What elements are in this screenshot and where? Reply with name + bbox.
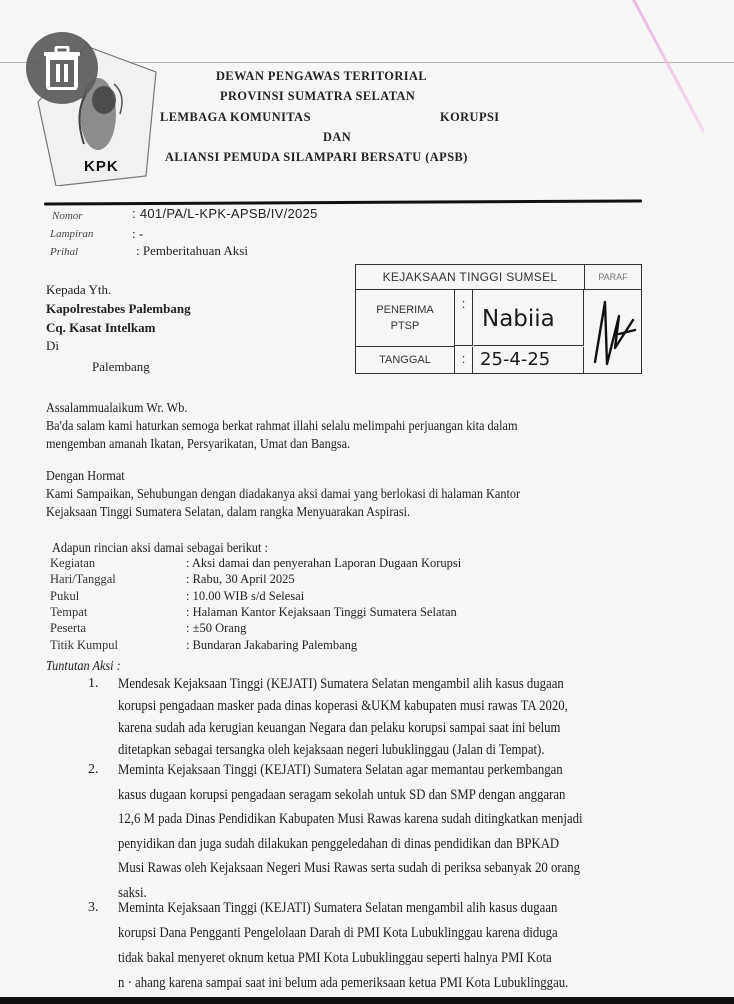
recipient-di: Di [46,338,59,354]
demand-line: kasus dugaan korupsi pengadaan seragam s… [118,787,565,804]
demand-line: Mendesak Kejaksaan Tinggi (KEJATI) Sumat… [118,676,564,693]
demand-line: korupsi pengadaan masker pada dinas kope… [118,698,568,715]
recipient-city: Palembang [92,359,150,375]
detail-value: : Rabu, 30 April 2025 [186,572,295,587]
perihal-value: : Pemberitahuan Aksi [136,243,248,259]
signature-mark [585,290,641,373]
detail-label: Hari/Tanggal [50,572,116,587]
demand-line: Musi Rawas oleh Kejaksaan Negeri Musi Ra… [118,860,580,877]
demand-line: karena sudah ada kerugian keuangan Negar… [118,720,560,737]
stamp-colon: : [455,290,473,346]
detail-value: : 10.00 WIB s/d Selesai [186,589,304,604]
stamp-penerima-value: Nabiia [474,290,584,346]
stamp-penerima-label: PENERIMA PTSP [356,290,455,347]
recipient-cq: Cq. Kasat Intelkam [46,320,155,336]
recipient-name: Kapolrestabes Palembang [46,301,191,317]
nomor-value: : 401/PA/L-KPK-APSB/IV/2025 [132,206,318,221]
details-heading: Adapun rincian aksi damai sebagai beriku… [52,538,268,558]
demand-line: penyidikan dan juga sudah dilakukan peng… [118,836,559,853]
detail-label: Peserta [50,621,86,636]
trash-icon [42,46,82,90]
letterhead-line-2: PROVINSI SUMATRA SELATAN [220,88,415,104]
lampiran-label: Lampiran [50,228,93,240]
letterhead-line-3-left: LEMBAGA KOMUNITAS [160,109,311,125]
opening-line-1: Ba'da salam kami haturkan semoga berkat … [46,416,518,436]
detail-label: Tempat [50,605,87,620]
stamp-penerima-label-1: PENERIMA [356,302,454,318]
stamp-title: KEJAKSAAN TINGGI SUMSEL [356,265,585,290]
logo-text: KPK [84,158,119,175]
perihal-label: Prihal [50,246,78,258]
stamp-paraf-label: PARAF [585,265,641,290]
lampiran-value: : - [132,226,143,242]
stamp-penerima-label-2: PTSP [356,318,454,334]
demand-line: saksi. [118,885,147,902]
stamp-tanggal-label: TANGGAL [356,347,455,373]
paper-edge-mark [632,0,705,132]
detail-value: : Bundaran Jakabaring Palembang [186,638,357,653]
delete-button[interactable] [26,32,98,104]
demand-line: n · ahang karena sampai saat ini belum a… [118,975,568,992]
scanned-letter: KPK DEWAN PENGAWAS TERITORIAL PROVINSI S… [0,0,734,997]
demand-line: 12,6 M pada Dinas Pendidikan Kabupaten M… [118,811,583,828]
letterhead-line-4: DAN [323,129,351,145]
receipt-stamp: KEJAKSAAN TINGGI SUMSEL PARAF PENERIMA P… [355,264,642,374]
opening-line-2: mengemban amanah Ikatan, Persyarikatan, … [46,434,350,454]
letterhead-divider [44,199,642,205]
intro-line-1: Kami Sampaikan, Sehubungan dengan diadak… [46,484,520,504]
demand-line: tidak bakal menyeret oknum ketua PMI Kot… [118,950,552,967]
detail-value: : Aksi damai dan penyerahan Laporan Duga… [186,556,461,571]
recipient-greeting: Kepada Yth. [46,282,111,298]
detail-value: : ±50 Orang [186,621,246,636]
detail-value: : Halaman Kantor Kejaksaan Tinggi Sumate… [186,605,457,620]
detail-label: Pukul [50,589,79,604]
letterhead-line-1: DEWAN PENGAWAS TERITORIAL [216,68,427,84]
demand-number: 2. [88,762,99,778]
hormat: Dengan Hormat [46,466,125,486]
stamp-tanggal-value: 25-4-25 [474,347,584,373]
letterhead-line-5: ALIANSI PEMUDA SILAMPARI BERSATU (APSB) [165,149,468,165]
salam: Assalammualaikum Wr. Wb. [46,398,187,418]
detail-label: Titik Kumpul [50,638,118,653]
demand-line: ditetapkan sebagai tersangka oleh kejaks… [118,742,544,759]
demand-number: 3. [88,900,99,916]
letterhead-line-3-right: KORUPSI [440,109,500,125]
detail-label: Kegiatan [50,556,95,571]
demand-line: korupsi Dana Pengganti Pengelolaan Darah… [118,925,558,942]
bottom-bar [0,997,734,1004]
demand-number: 1. [88,676,99,692]
demand-line: Meminta Kejaksaan Tinggi (KEJATI) Sumate… [118,900,557,917]
nomor-label: Nomor [52,210,83,222]
stamp-colon: : [455,347,473,373]
demands-heading: Tuntutan Aksi : [46,656,121,676]
demand-line: Meminta Kejaksaan Tinggi (KEJATI) Sumate… [118,762,563,779]
intro-line-2: Kejaksaan Tinggi Sumatera Selatan, dalam… [46,502,410,522]
